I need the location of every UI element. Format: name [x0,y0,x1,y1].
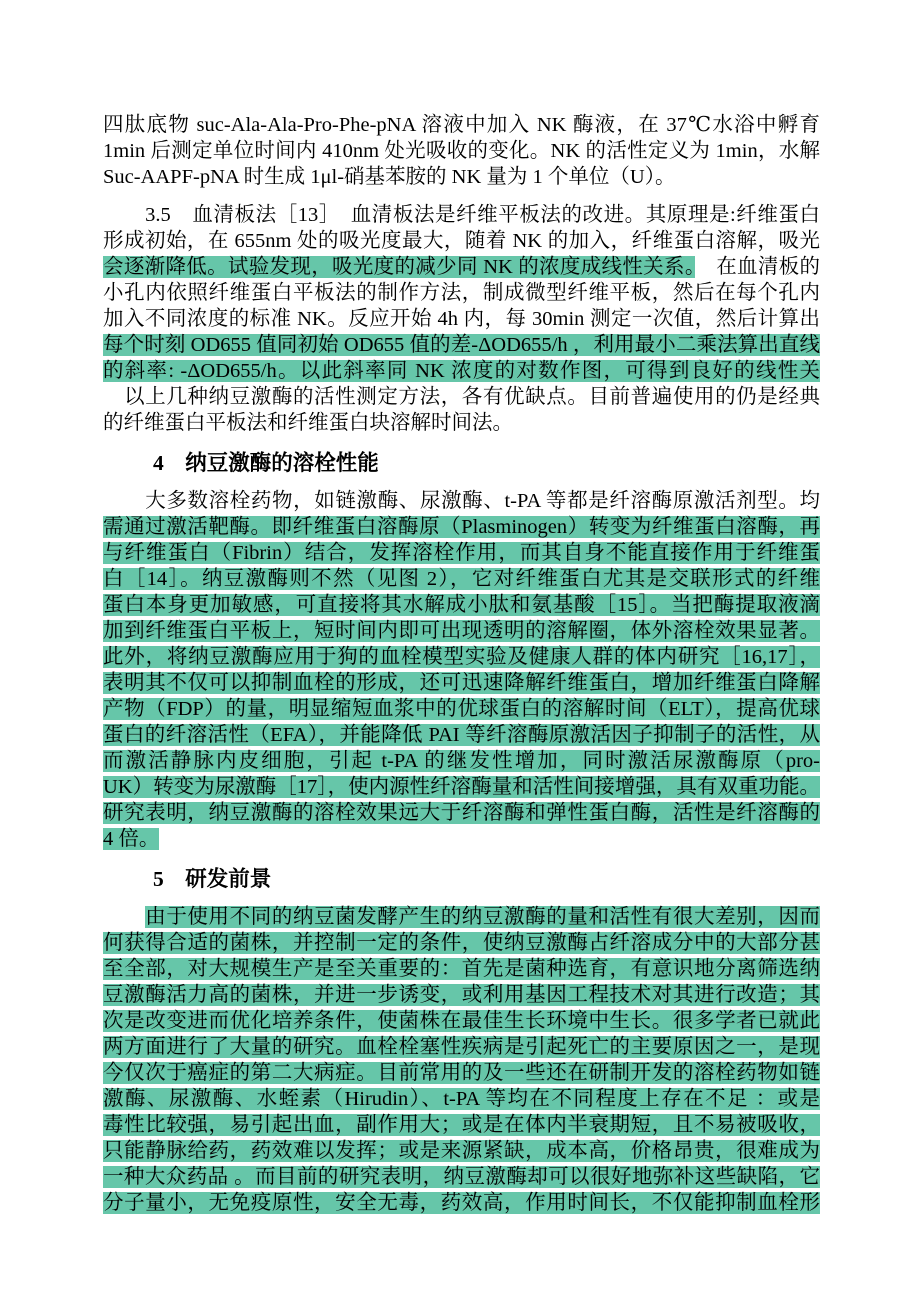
text-line: 激酶、尿激酶、水蛭素（Hirudin）、t-PA 等均在不同程度上存在不足 ：或… [103,1086,820,1112]
text-line: 今仅次于癌症的第二大病症。目前常用的及一些还在研制开发的溶栓药物如链 [103,1060,820,1086]
highlighted-text: 4 倍。 [103,828,159,850]
text-segment: Suc-AAPF-pNA 时生成 1μl-硝基苯胺的 NK 量为 1 个单位（U… [103,166,675,188]
paragraph-thrombolytic-properties: 大多数溶栓药物，如链激酶、尿激酶、t-PA 等都是纤溶酶原激活剂型。均需通过激活… [103,488,820,852]
highlighted-text: 而激活静脉内皮细胞，引起 t-PA 的继发性增加，同时激活尿激酶原（pro- [103,750,820,772]
highlighted-text: 豆激酶活力高的菌株，并进一步诱变，或利用基因工程技术对其进行改造；其 [103,984,820,1006]
text-segment: 小孔内依照纤维蛋白平板法的制作方法，制成微型纤维平板，然后在每个孔内 [103,282,820,304]
text-line: UK）转变为尿激酶［17］，使内源性纤溶酶量和活性间接增强，具有双重功能。 [103,774,820,800]
text-line: 会逐渐降低。试验发现，吸光度的减少同 NK 的浓度成线性关系。 在血清板的 [103,254,820,280]
highlighted-text: 加到纤维蛋白平板上，短时间内即可出现透明的溶解圈，体外溶栓效果显著。 [103,620,820,642]
document-page: 四肽底物 suc-Ala-Ala-Pro-Phe-pNA 溶液中加入 NK 酶液… [0,0,920,1302]
text-line: 四肽底物 suc-Ala-Ala-Pro-Phe-pNA 溶液中加入 NK 酶液… [103,112,820,138]
text-line: 3.5 血清板法［13］ 血清板法是纤维平板法的改进。其原理是:纤维蛋白 [103,202,820,228]
text-line: 分子量小，无免疫原性，安全无毒，药效高，作用时间长，不仅能抑制血栓形 [103,1190,820,1216]
highlighted-text: 次是改变进而优化培养条件，使菌株在最佳生长环境中生长。很多学者已就此 [103,1010,820,1032]
highlighted-text: 只能静脉给药，药效难以发挥；或是来源紧缺，成本高，价格昂贵，很难成为 [103,1140,820,1162]
text-segment [103,906,145,928]
text-line: 大多数溶栓药物，如链激酶、尿激酶、t-PA 等都是纤溶酶原激活剂型。均 [103,488,820,514]
highlighted-text: 分子量小，无免疫原性，安全无毒，药效高，作用时间长，不仅能抑制血栓形 [103,1192,820,1214]
highlighted-text: 与纤维蛋白（Fibrin）结合，发挥溶栓作用，而其自身不能直接作用于纤维蛋 [103,542,820,564]
text-line: 加入不同浓度的标准 NK。反应开始 4h 内，每 30min 测定一次值，然后计… [103,306,820,332]
section-heading-5: 5 研发前景 [103,866,820,892]
highlighted-text: 今仅次于癌症的第二大病症。目前常用的及一些还在研制开发的溶栓药物如链 [103,1062,820,1084]
text-line: 至全部，对大规模生产是至关重要的：首先是菌种选育，有意识地分离筛选纳 [103,956,820,982]
paragraph-serum-plate-method: 3.5 血清板法［13］ 血清板法是纤维平板法的改进。其原理是:纤维蛋白形成初始… [103,202,820,436]
highlighted-text: 白［14］。纳豆激酶则不然（见图 2），它对纤维蛋白尤其是交联形式的纤维 [103,568,820,590]
text-line: 表明其不仅可以抑制血栓的形成，还可迅速降解纤维蛋白，增加纤维蛋白降解 [103,670,820,696]
text-segment: 大多数溶栓药物，如链激酶、尿激酶、t-PA 等都是纤溶酶原激活剂型。均 [103,490,820,512]
text-line: 只能静脉给药，药效难以发挥；或是来源紧缺，成本高，价格昂贵，很难成为 [103,1138,820,1164]
highlighted-text: 由于使用不同的纳豆菌发酵产生的纳豆激酶的量和活性有很大差别，因而如 [103,906,820,930]
text-segment: 在血清板的 [695,256,820,278]
highlighted-text: 需通过激活靶酶。即纤维蛋白溶酶原（Plasminogen）转变为纤维蛋白溶酶，再 [103,516,820,538]
highlighted-text: 一种大众药品 。而目前的研究表明，纳豆激酶却可以很好地弥补这些缺陷，它 [103,1166,820,1188]
highlighted-text: 毒性比较强，易引起出血，副作用大；或是在体内半衰期短，且不易被吸收， [103,1114,820,1136]
highlighted-text: 至全部，对大规模生产是至关重要的：首先是菌种选育，有意识地分离筛选纳 [103,958,820,980]
text-line: Suc-AAPF-pNA 时生成 1μl-硝基苯胺的 NK 量为 1 个单位（U… [103,164,820,190]
text-line: 一种大众药品 。而目前的研究表明，纳豆激酶却可以很好地弥补这些缺陷，它 [103,1164,820,1190]
text-line: 白［14］。纳豆激酶则不然（见图 2），它对纤维蛋白尤其是交联形式的纤维 [103,566,820,592]
text-line: 与纤维蛋白（Fibrin）结合，发挥溶栓作用，而其自身不能直接作用于纤维蛋 [103,540,820,566]
text-segment: 以上几种纳豆激酶的活性测定方法，各有优缺点。目前普遍使用的仍是经典 [103,386,820,408]
text-line: 的纤维蛋白平板法和纤维蛋白块溶解时间法。 [103,410,820,436]
text-line: 两方面进行了大量的研究。血栓栓塞性疾病是引起死亡的主要原因之一，是现 [103,1034,820,1060]
text-line: 而激活静脉内皮细胞，引起 t-PA 的继发性增加，同时激活尿激酶原（pro- [103,748,820,774]
highlighted-text: 激酶、尿激酶、水蛭素（Hirudin）、t-PA 等均在不同程度上存在不足 ：或… [103,1088,820,1110]
section-heading-4: 4 纳豆激酶的溶栓性能 [103,450,820,476]
text-line: 次是改变进而优化培养条件，使菌株在最佳生长环境中生长。很多学者已就此 [103,1008,820,1034]
text-line: 每个时刻 OD655 值同初始 OD655 值的差-ΔOD655/h ，利用最小… [103,332,820,358]
text-segment: 1min 后测定单位时间内 410nm 处光吸收的变化。NK 的活性定义为 1m… [103,140,820,162]
highlighted-text: 此外，将纳豆激酶应用于狗的血栓模型实验及健康人群的体内研究［16,17］， [103,646,820,668]
paragraph-development-prospects: 由于使用不同的纳豆菌发酵产生的纳豆激酶的量和活性有很大差别，因而如何获得合适的菌… [103,904,820,1216]
text-segment: 形成初始，在 655nm 处的吸光度最大，随着 NK 的加入，纤维蛋白溶解，吸光… [103,230,820,254]
highlighted-text: 产物（FDP）的量，明显缩短血浆中的优球蛋白的溶解时间（ELT），提高优球 [103,698,820,720]
text-segment: 3.5 血清板法［13］ 血清板法是纤维平板法的改进。其原理是:纤维蛋白 [103,204,820,226]
highlighted-text: 研究表明，纳豆激酶的溶栓效果远大于纤溶酶和弹性蛋白酶，活性是纤溶酶的 [103,802,820,824]
highlighted-text: 表明其不仅可以抑制血栓的形成，还可迅速降解纤维蛋白，增加纤维蛋白降解 [103,672,820,694]
text-line: 毒性比较强，易引起出血，副作用大；或是在体内半衰期短，且不易被吸收， [103,1112,820,1138]
highlighted-text: 的斜率: -ΔOD655/h。以此斜率同 NK 浓度的对数作图，可得到良好的线性… [103,360,820,384]
highlighted-text: UK）转变为尿激酶［17］，使内源性纤溶酶量和活性间接增强，具有双重功能。 [103,776,820,798]
text-line: 蛋白本身更加敏感，可直接将其水解成小肽和氨基酸［15］。当把酶提取液滴 [103,592,820,618]
text-line: 豆激酶活力高的菌株，并进一步诱变，或利用基因工程技术对其进行改造；其 [103,982,820,1008]
highlighted-text: 会逐渐降低。试验发现，吸光度的减少同 NK 的浓度成线性关系。 [103,256,695,278]
text-line: 由于使用不同的纳豆菌发酵产生的纳豆激酶的量和活性有很大差别，因而如 [103,904,820,930]
text-line: 何获得合适的菌株，并控制一定的条件，使纳豆激酶占纤溶成分中的大部分甚 [103,930,820,956]
highlighted-text: 何获得合适的菌株，并控制一定的条件，使纳豆激酶占纤溶成分中的大部分甚 [103,932,820,954]
text-line: 小孔内依照纤维蛋白平板法的制作方法，制成微型纤维平板，然后在每个孔内 [103,280,820,306]
text-line: 此外，将纳豆激酶应用于狗的血栓模型实验及健康人群的体内研究［16,17］， [103,644,820,670]
text-segment: 四肽底物 suc-Ala-Ala-Pro-Phe-pNA 溶液中加入 NK 酶液… [103,114,820,136]
paragraph-nk-activity-unit: 四肽底物 suc-Ala-Ala-Pro-Phe-pNA 溶液中加入 NK 酶液… [103,112,820,190]
text-segment: 加入不同浓度的标准 NK。反应开始 4h 内，每 30min 测定一次值，然后计… [103,308,820,330]
text-line: 4 倍。 [103,826,820,852]
text-line: 1min 后测定单位时间内 410nm 处光吸收的变化。NK 的活性定义为 1m… [103,138,820,164]
text-line: 研究表明，纳豆激酶的溶栓效果远大于纤溶酶和弹性蛋白酶，活性是纤溶酶的 [103,800,820,826]
highlighted-text: 蛋白本身更加敏感，可直接将其水解成小肽和氨基酸［15］。当把酶提取液滴 [103,594,820,616]
highlighted-text: 蛋白的纤溶活性（EFA），并能降低 PAI 等纤溶酶原激活因子抑制子的活性，从 [103,724,820,746]
text-line: 加到纤维蛋白平板上，短时间内即可出现透明的溶解圈，体外溶栓效果显著。 [103,618,820,644]
text-line: 形成初始，在 655nm 处的吸光度最大，随着 NK 的加入，纤维蛋白溶解，吸光… [103,228,820,254]
highlighted-text: 每个时刻 OD655 值同初始 OD655 值的差-ΔOD655/h ，利用最小… [103,334,820,356]
text-line: 产物（FDP）的量，明显缩短血浆中的优球蛋白的溶解时间（ELT），提高优球 [103,696,820,722]
text-line: 需通过激活靶酶。即纤维蛋白溶酶原（Plasminogen）转变为纤维蛋白溶酶，再 [103,514,820,540]
highlighted-text: 两方面进行了大量的研究。血栓栓塞性疾病是引起死亡的主要原因之一，是现 [103,1036,820,1058]
text-segment: 的纤维蛋白平板法和纤维蛋白块溶解时间法。 [103,412,513,434]
text-line: 的斜率: -ΔOD655/h。以此斜率同 NK 浓度的对数作图，可得到良好的线性… [103,358,820,384]
text-line: 以上几种纳豆激酶的活性测定方法，各有优缺点。目前普遍使用的仍是经典 [103,384,820,410]
text-line: 蛋白的纤溶活性（EFA），并能降低 PAI 等纤溶酶原激活因子抑制子的活性，从 [103,722,820,748]
